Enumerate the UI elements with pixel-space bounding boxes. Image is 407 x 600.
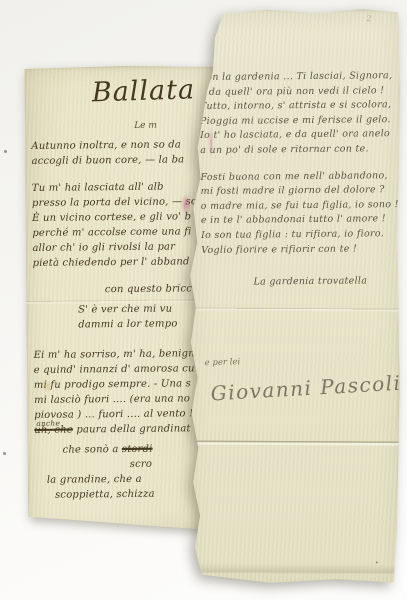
manuscript-line: pietà chiedendo per l' abband [33,254,263,271]
paper-texture [24,65,225,535]
poem-attribution: La gardenia trovatella [253,274,406,290]
line-text: con questo bricc [105,283,192,295]
manuscript-line: Io son tua figlia : tu rifiora, io fioro… [201,227,406,244]
poem-body-right: Son la gardenia ... Ti lasciai, Signora,… [199,69,406,291]
dust-speck [3,452,6,455]
fold-crease [26,299,222,304]
manuscript-line: e quind' innanzi d' amorosa cu [34,361,264,378]
manuscript-line: presso la porta del vicino, — so [32,194,262,211]
poem-body-left: Autunno inoltra, e non so daaccogli di b… [31,137,265,515]
manuscript-line: mi fosti madre il giorno del dolore ? [201,183,406,200]
paper-texture [186,8,403,587]
manuscript-line: perché m' accolse come una fi [32,224,262,241]
ballata-manuscript-sheet: Ballata Le m Autunno inoltra, e non so d… [24,65,225,535]
stanza: Son la gardenia ... Ti lasciai, Signora,… [199,69,405,159]
paper-curl-shadow [190,564,396,575]
line-text: perché m' accolse come una fi [32,226,191,239]
line-text: mi fosti madre il giorno del dolore ? [201,184,385,197]
line-text: o madre mia, se fui tua figlia, io sono … [201,199,399,212]
manuscript-line: Tu m' hai lasciata all' alb [32,179,262,196]
line-text: Ei m' ha sorriso, m' ha, benign [34,348,195,361]
manuscript-line: e in te l' abbandonai tutto l' amore ! [201,212,406,229]
paper-stain [41,379,53,393]
left-sheet-shadow: Ballata Le m Autunno inoltra, e non so d… [0,0,407,600]
line-text: mi lasciò fuori .... (era una no [34,393,190,406]
manuscript-photo: Ballata Le m Autunno inoltra, e non so d… [0,0,407,600]
line-text: mi fu prodigo sempre. - Una s [34,378,191,391]
struck-text: uh, che [34,425,73,436]
manuscript-line: con questo bricc [105,281,263,298]
line-text: Tu m' hai lasciata all' alb [32,182,164,194]
manuscript-line: scoppietta, schizza [55,486,265,503]
poem-title: Ballata [91,74,195,108]
dust-speck [376,561,378,563]
line-text: a un po' di sole e ritornar con te. [200,143,369,156]
pencil-corner-mark: 2 [366,14,371,23]
line-text: È un vicino cortese, e gli vo' b [32,211,191,224]
dust-speck [4,150,7,153]
manuscript-line: È un vicino cortese, e gli vo' b [32,209,262,226]
manuscript-line: S' è ver che mi vu [78,301,263,318]
manuscript-line: Io t' ho lasciata, e da quell' ora anelo [200,127,405,144]
stanza: Fosti buona con me nell' abbandono,mi fo… [200,169,406,259]
line-text: Fosti buona con me nell' abbandono, [200,170,387,183]
line-text: piovosa ) ... fuori .... al vento ! .. [34,408,203,421]
struck-text: stordi [122,444,153,455]
pink-ink-stain [208,126,214,158]
manuscript-line: Voglio fiorire e rifiorir con te ! [201,242,406,259]
line-text: accogli di buon core, — la ba [31,154,184,167]
line-text: e quind' innanzi d' amorosa cu [34,363,195,376]
line-text: Autunno inoltra, e non so da [31,139,181,152]
manuscript-line: Ei m' ha sorriso, m' ha, benign [33,346,263,363]
stanza: S' è ver che mi vudammi a lor tempo [33,301,263,333]
line-text: paura della grandinat [73,423,191,435]
line-text: scro [130,459,152,470]
gardenia-letter-sheet: 2 Son la gardenia ... Ti lasciai, Signor… [186,8,403,587]
manuscript-line: allor ch' io gli rivolsi la par [32,239,262,256]
line-text: S' è ver che mi vu [78,303,172,315]
manuscript-line: mi fu prodigo sempre. - Una s [34,376,264,393]
manuscript-line: o madre mia, se fui tua figlia, io sono … [201,198,406,215]
pink-ink-stain [181,194,191,214]
manuscript-line: piovosa ) ... fuori .... al vento ! .. [34,406,264,423]
line-text: e in te l' abbandonai tutto l' amore ! [201,214,386,227]
stanza: con questo bricc [33,281,263,298]
interlinear-correction: anche [36,416,60,431]
fold-crease [186,441,400,446]
dedication-line: e per lei [205,357,241,368]
line-text: che sonò a [63,444,122,456]
line-text: Io t' ho lasciata, e da quell' ora anelo [200,129,390,142]
manuscript-line: la grandine, che a [47,471,265,488]
line-text: Io son tua figlia : tu rifiora, io fioro… [201,228,384,241]
line-text: Voglio fiorire e rifiorir con te ! [201,243,357,255]
line-text: presso la porta del vicino, — so [32,196,197,209]
manuscript-line: che sonò a stordi [62,441,264,458]
manuscript-line: accogli di buon core, — la ba [31,152,261,169]
manuscript-line: ancheuh, che paura della grandinat [34,421,264,438]
line-text: la grandine, che a [47,474,142,486]
line-text: allor ch' io gli rivolsi la par [32,241,175,253]
manuscript-line: mi lasciò fuori .... (era una no [34,391,264,408]
stanza: Ei m' ha sorriso, m' ha, benigne quind' … [33,346,264,438]
line-text: Son la gardenia ... Ti lasciai, Signora, [199,70,392,83]
right-sheet-shadow: 2 Son la gardenia ... Ti lasciai, Signor… [0,0,407,600]
poem-subtitle-fragment: Le m [134,121,157,131]
stanza: che sonò a stordiscrola grandine, che as… [34,441,265,503]
line-text: Pioggia mi uccise e mi ferisce il gelo. [200,114,391,127]
line-text: pietà chiedendo per l' abband [33,256,190,269]
line-text: e da quell' ora più non vedi il cielo ! [200,85,385,98]
manuscript-line: Autunno inoltra, e non so da [31,137,261,154]
manuscript-line: dammi a lor tempo [78,316,263,333]
line-text: dammi a lor tempo [78,318,177,330]
manuscript-line: Tutto, intorno, s' attrista e si scolora… [200,98,405,115]
line-text: scoppietta, schizza [55,489,155,501]
giovanni-pascoli-signature: Giovanni Pascoli [210,371,402,406]
manuscript-line: Pioggia mi uccise e mi ferisce il gelo. [200,113,405,130]
manuscript-line: a un po' di sole e ritornar con te. [200,142,405,159]
stanza: Tu m' hai lasciata all' albpresso la por… [32,179,263,271]
line-text: Tutto, intorno, s' attrista e si scolora… [200,99,392,112]
manuscript-line: scro [130,456,265,472]
stanza: Autunno inoltra, e non so daaccogli di b… [31,137,261,169]
manuscript-line: Son la gardenia ... Ti lasciai, Signora, [199,69,404,86]
manuscript-line: Fosti buona con me nell' abbandono, [200,169,405,186]
fold-crease [187,308,401,312]
manuscript-line: e da quell' ora più non vedi il cielo ! [200,84,405,101]
